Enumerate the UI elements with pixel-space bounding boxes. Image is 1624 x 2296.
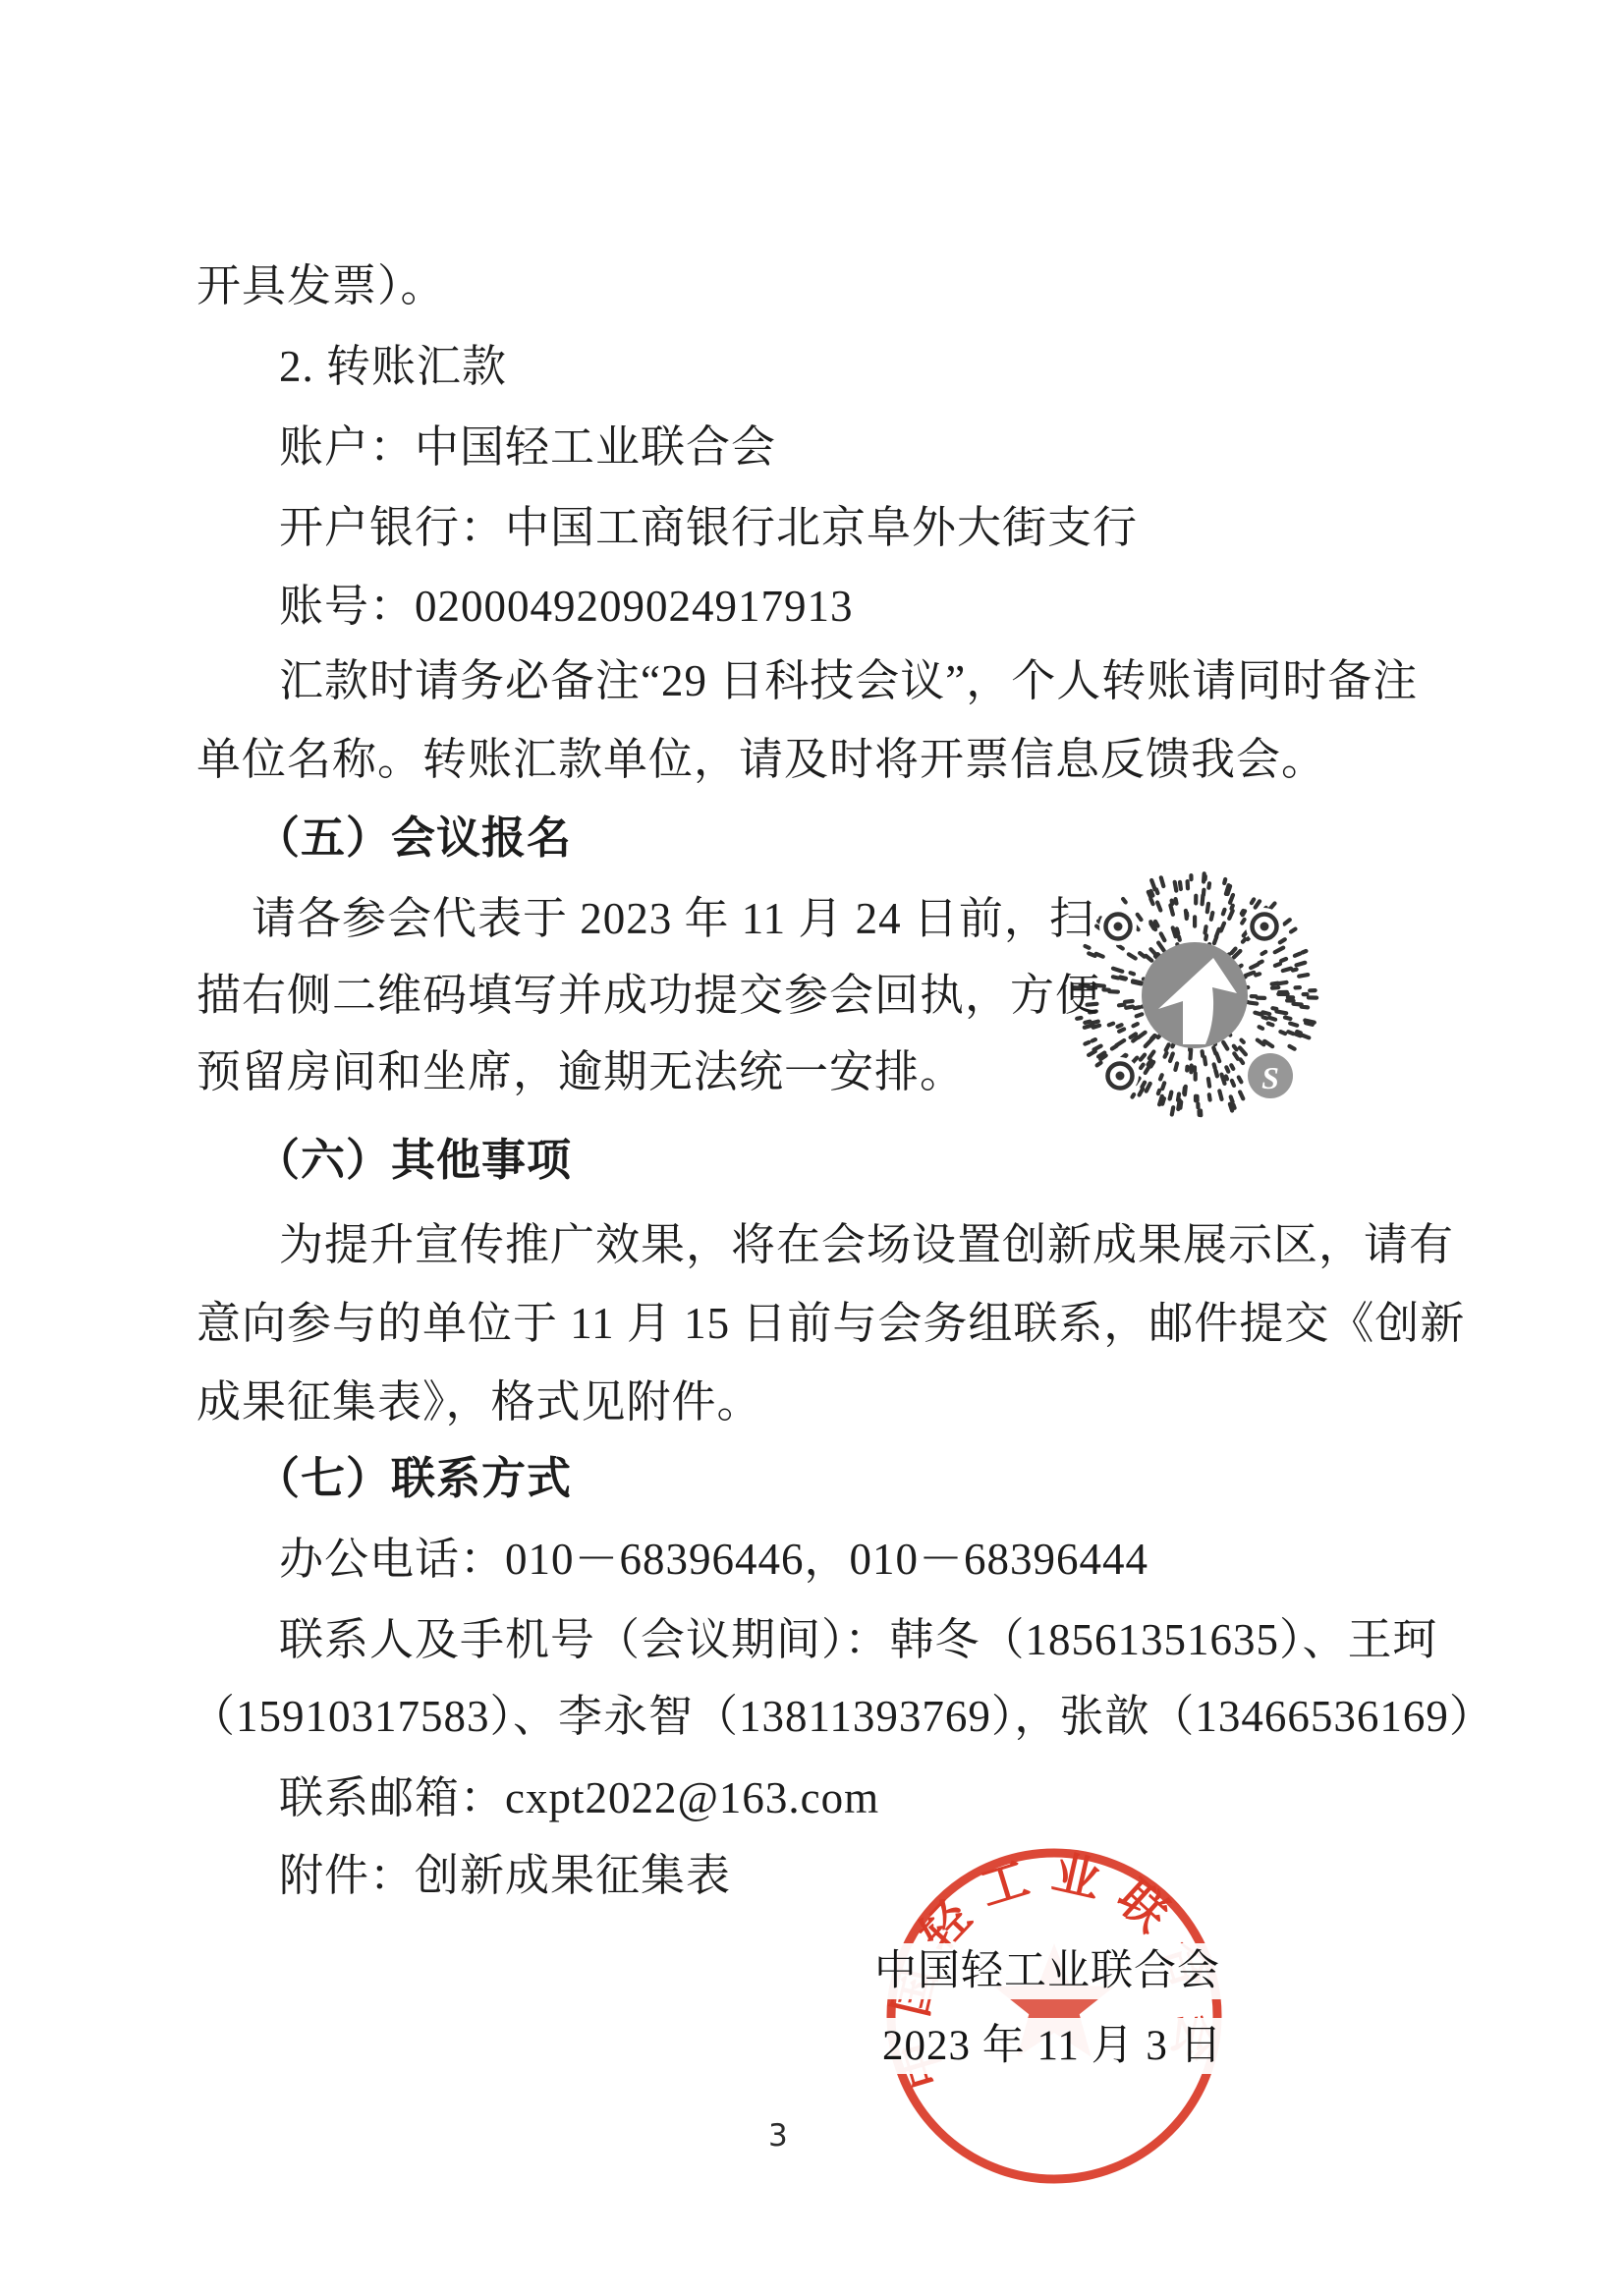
line-other-3: 成果征集表》，格式见附件。 xyxy=(196,1377,762,1428)
page-number: 3 xyxy=(768,2118,788,2154)
line-remit-note-2: 单位名称。转账汇款单位，请及时将开票信息反馈我会。 xyxy=(196,735,1326,786)
line-other-2: 意向参与的单位于 11 月 15 日前与会务组联系，邮件提交《创新 xyxy=(196,1299,1465,1350)
qr-eye-top-right xyxy=(1246,908,1283,945)
line-office-phone: 办公电话：010－68396446，010－68396444 xyxy=(279,1535,1148,1586)
heading-section-6-other: （六）其他事项 xyxy=(255,1136,572,1187)
line-account-number: 账号：0200049209024917913 xyxy=(279,582,854,633)
line-account-name: 账户：中国轻工业联合会 xyxy=(279,422,776,474)
line-contacts-2: （15910317583）、李永智（13811393769），张歆（134665… xyxy=(191,1692,1494,1743)
line-remit-note-1: 汇款时请务必备注“29 日科技会议”，个人转账请同时备注 xyxy=(279,656,1418,707)
qr-eye-top-left xyxy=(1099,908,1137,945)
line-contacts-1: 联系人及手机号（会议期间）：韩冬（18561351635）、王珂 xyxy=(279,1615,1438,1666)
signature-date: 2023 年 11 月 3 日 xyxy=(872,2018,1233,2074)
heading-section-7-contact: （七）联系方式 xyxy=(255,1454,572,1505)
official-seal: 中国轻工业联合会 xyxy=(879,1839,1229,2189)
heading-section-5-registration: （五）会议报名 xyxy=(255,813,572,865)
line-attachment: 附件：创新成果征集表 xyxy=(279,1851,731,1902)
line-transfer-heading: 2. 转账汇款 xyxy=(279,342,507,393)
signature-org: 中国轻工业联合会 xyxy=(865,1943,1230,1999)
scanned-document-page: 开具发票）。 2. 转账汇款 账户：中国轻工业联合会 开户银行：中国工商银行北京… xyxy=(0,0,1624,2296)
line-invoice-note-cont: 开具发票）。 xyxy=(196,261,446,312)
line-email: 联系邮箱：cxpt2022@163.com xyxy=(279,1773,879,1824)
line-registration-2: 描右侧二维码填写并成功提交参会回执，方便 xyxy=(196,971,1100,1022)
s-logo-icon: S xyxy=(1261,1060,1279,1095)
line-registration-1: 请各参会代表于 2023 年 11 月 24 日前，扫 xyxy=(252,894,1094,945)
line-other-1: 为提升宣传推广效果，将在会场设置创新成果展示区，请有 xyxy=(279,1220,1454,1271)
qr-eye-bottom-left xyxy=(1101,1057,1139,1094)
line-bank: 开户银行：中国工商银行北京阜外大街支行 xyxy=(279,503,1138,554)
line-registration-3: 预留房间和坐席，逾期无法统一安排。 xyxy=(196,1047,965,1098)
registration-qr-code: S xyxy=(1066,869,1331,1135)
